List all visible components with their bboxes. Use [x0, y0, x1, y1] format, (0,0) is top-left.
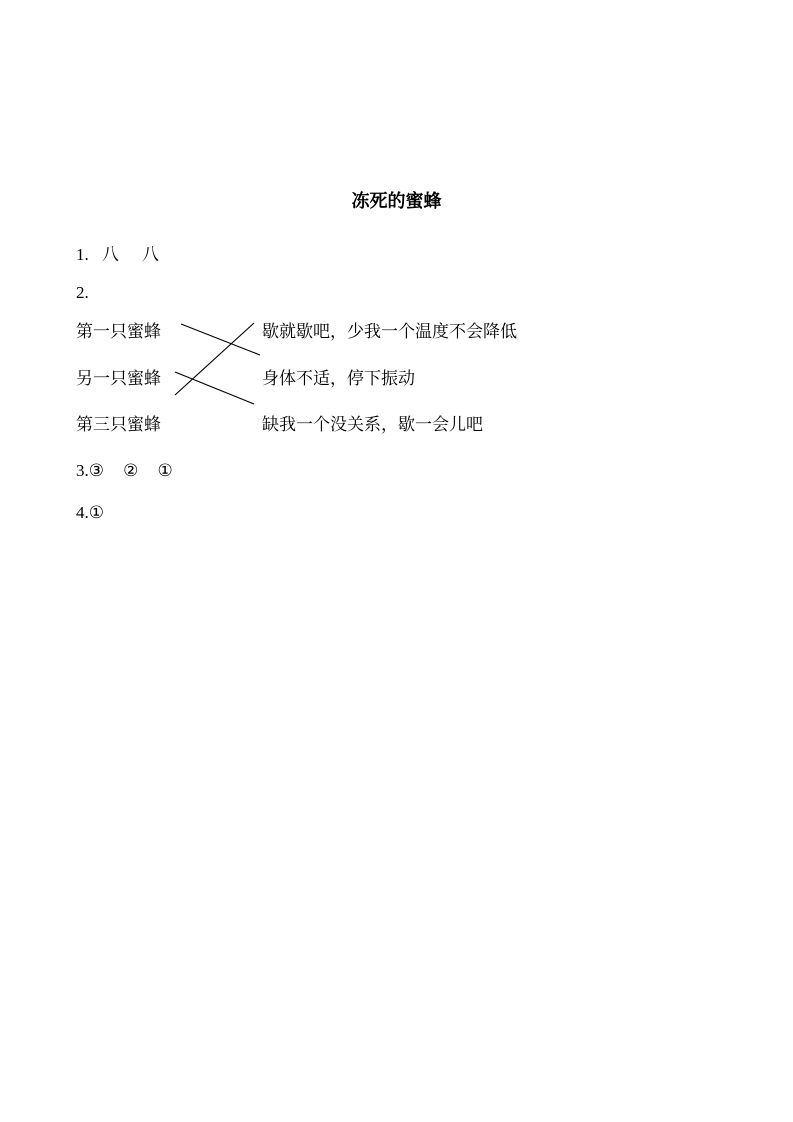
answer: ② — [123, 461, 138, 481]
match-line — [175, 323, 254, 395]
question-number: 3. — [76, 461, 89, 480]
answer: ① — [89, 503, 104, 523]
question-3: 3.③ ② ① — [76, 461, 173, 481]
question-4: 4.① — [76, 503, 104, 523]
question-number: 4. — [76, 503, 89, 522]
answer: ① — [157, 461, 172, 481]
match-line — [175, 372, 254, 404]
matching-lines — [0, 0, 793, 1122]
answer: ③ — [89, 461, 104, 481]
